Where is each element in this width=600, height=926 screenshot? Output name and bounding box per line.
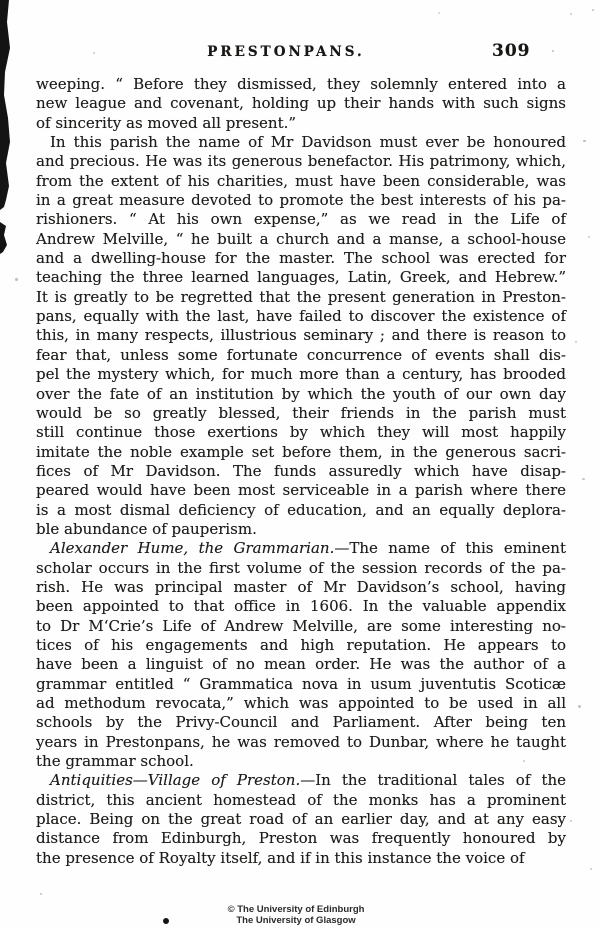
text-line: is a most dismal deficiency of education… — [36, 501, 566, 520]
text-segment: of sincerity as moved all present.” — [36, 114, 296, 132]
text-line: rish. He was principal master of Mr Davi… — [36, 578, 566, 597]
scan-speckle — [592, 9, 594, 11]
text-line: ble abundance of pauperism. — [36, 520, 566, 539]
scan-speckle — [578, 705, 581, 708]
text-segment: fices of Mr Davidson. The funds assuredl… — [36, 462, 566, 480]
text-segment: imitate the noble example set before the… — [36, 443, 566, 461]
text-line: Andrew Melville, “ he built a church and… — [36, 230, 566, 249]
text-line: to Dr M‘Crie’s Life of Andrew Melville, … — [36, 617, 566, 636]
text-segment: ad methodum revocata,” which was appoint… — [36, 694, 566, 712]
text-line: grammar entitled “ Grammatica nova in us… — [36, 675, 566, 694]
scan-speckle — [40, 893, 42, 895]
text-segment: have been a linguist of no mean order. H… — [36, 655, 566, 673]
text-segment: new league and covenant, holding up thei… — [36, 94, 566, 112]
text-line: fear that, unless some fortunate concurr… — [36, 346, 566, 365]
text-segment: ble abundance of pauperism. — [36, 520, 257, 538]
text-segment: rishioners. “ At his own expense,” as we… — [36, 210, 566, 228]
text-segment: tices of his engagements and high reputa… — [36, 636, 566, 654]
text-segment: grammar entitled “ Grammatica nova in us… — [36, 675, 566, 693]
text-segment: schools by the Privy-Council and Parliam… — [36, 713, 566, 731]
text-segment: over the fate of an institution by which… — [36, 385, 566, 403]
text-line: have been a linguist of no mean order. H… — [36, 655, 566, 674]
text-segment: Andrew Melville, “ he built a church and… — [36, 230, 566, 248]
watermark-line-edinburgh: © The University of Edinburgh — [0, 904, 592, 915]
italic-section-lead: Antiquities—Village of Preston.— — [50, 771, 315, 789]
text-segment: scholar occurs in the first volume of th… — [36, 559, 566, 577]
scan-binding-artifact — [0, 0, 14, 260]
text-segment: district, this ancient homestead of the … — [36, 791, 566, 809]
text-line: weeping. “ Before they dismissed, they s… — [36, 75, 566, 94]
text-segment: to Dr M‘Crie’s Life of Andrew Melville, … — [36, 617, 566, 635]
scan-speckle — [583, 140, 586, 142]
text-segment: distance from Edinburgh, Preston was fre… — [36, 829, 566, 847]
scan-speckle — [570, 820, 572, 822]
text-line: years in Prestonpans, he was removed to … — [36, 733, 566, 752]
text-segment: weeping. “ Before they dismissed, they s… — [36, 75, 566, 93]
text-line: and a dwelling-house for the master. The… — [36, 249, 566, 268]
text-segment: the grammar school. — [36, 752, 194, 770]
text-line: the grammar school. — [36, 752, 566, 771]
text-line: rishioners. “ At his own expense,” as we… — [36, 210, 566, 229]
text-line: schools by the Privy-Council and Parliam… — [36, 713, 566, 732]
text-line: imitate the noble example set before the… — [36, 443, 566, 462]
text-segment: and a dwelling-house for the master. The… — [36, 249, 566, 267]
text-line: teaching the three learned languages, La… — [36, 268, 566, 287]
text-line: been appointed to that office in 1606. I… — [36, 597, 566, 616]
text-line: in a great measure devoted to promote th… — [36, 191, 566, 210]
text-segment: years in Prestonpans, he was removed to … — [36, 733, 566, 751]
text-line: Alexander Hume, the Grammarian.—The name… — [36, 539, 566, 558]
text-line: the presence of Royalty itself, and if i… — [36, 849, 566, 868]
text-line: district, this ancient homestead of the … — [36, 791, 566, 810]
text-line: fices of Mr Davidson. The funds assuredl… — [36, 462, 566, 481]
text-segment: fear that, unless some fortunate concurr… — [36, 346, 566, 364]
text-line: of sincerity as moved all present.” — [36, 114, 566, 133]
scan-speckle — [588, 236, 590, 238]
body-text: weeping. “ Before they dismissed, they s… — [36, 75, 566, 868]
text-segment: teaching the three learned languages, La… — [36, 268, 566, 286]
text-line: tices of his engagements and high reputa… — [36, 636, 566, 655]
text-line: distance from Edinburgh, Preston was fre… — [36, 829, 566, 848]
text-line: pans, equally with the last, have failed… — [36, 307, 566, 326]
text-segment: from the extent of his charities, must h… — [36, 172, 566, 190]
text-line: pel the mystery which, for much more tha… — [36, 365, 566, 384]
text-segment: It is greatly to be regretted that the p… — [36, 288, 566, 306]
text-segment: would be so greatly blessed, their frien… — [36, 404, 566, 422]
scanned-book-page: PRESTONPANS. 309 weeping. “ Before they … — [0, 0, 600, 926]
text-line: Antiquities—Village of Preston.—In the t… — [36, 771, 566, 790]
text-segment: this, in many respects, illustrious semi… — [36, 326, 566, 344]
text-line: from the extent of his charities, must h… — [36, 172, 566, 191]
text-segment: rish. He was principal master of Mr Davi… — [36, 578, 566, 596]
text-segment: the presence of Royalty itself, and if i… — [36, 849, 525, 867]
text-segment: In this parish the name of Mr Davidson m… — [50, 133, 566, 151]
text-line: this, in many respects, illustrious semi… — [36, 326, 566, 345]
scan-speckle — [438, 12, 440, 14]
text-segment: still continue those exertions by which … — [36, 423, 566, 441]
page-number: 309 — [492, 41, 531, 61]
paragraph: Alexander Hume, the Grammarian.—The name… — [36, 539, 566, 771]
library-watermark: © The University of Edinburgh The Univer… — [0, 904, 592, 926]
scan-speckle — [570, 13, 572, 15]
text-segment: in a great measure devoted to promote th… — [36, 191, 566, 209]
scan-speckle — [590, 868, 592, 870]
paragraph: Antiquities—Village of Preston.—In the t… — [36, 771, 566, 868]
italic-section-lead: Alexander Hume, the Grammarian.— — [50, 539, 349, 557]
text-line: scholar occurs in the first volume of th… — [36, 559, 566, 578]
text-segment: been appointed to that office in 1606. I… — [36, 597, 566, 615]
text-line: new league and covenant, holding up thei… — [36, 94, 566, 113]
text-line: ad methodum revocata,” which was appoint… — [36, 694, 566, 713]
text-segment: is a most dismal deficiency of education… — [36, 501, 566, 519]
text-segment: place. Being on the great road of an ear… — [36, 810, 566, 828]
text-line: still continue those exertions by which … — [36, 423, 566, 442]
text-line: over the fate of an institution by which… — [36, 385, 566, 404]
text-line: It is greatly to be regretted that the p… — [36, 288, 566, 307]
text-segment: pans, equally with the last, have failed… — [36, 307, 566, 325]
text-line: place. Being on the great road of an ear… — [36, 810, 566, 829]
scan-speckle — [575, 341, 577, 343]
text-line: would be so greatly blessed, their frien… — [36, 404, 566, 423]
text-segment: The name of this eminent — [349, 539, 566, 557]
text-segment: pel the mystery which, for much more tha… — [36, 365, 566, 383]
text-line: peared would have been most serviceable … — [36, 481, 566, 500]
paragraph: In this parish the name of Mr Davidson m… — [36, 133, 566, 539]
text-segment: In the traditional tales of the — [315, 771, 566, 789]
scan-speckle — [582, 478, 585, 480]
paragraph: weeping. “ Before they dismissed, they s… — [36, 75, 566, 133]
text-line: and precious. He was its generous benefa… — [36, 152, 566, 171]
running-header-title: PRESTONPANS. — [0, 44, 572, 60]
scan-speckle — [15, 278, 18, 281]
watermark-line-glasgow: The University of Glasgow — [0, 915, 592, 926]
text-line: In this parish the name of Mr Davidson m… — [36, 133, 566, 152]
text-segment: and precious. He was its generous benefa… — [36, 152, 566, 170]
text-segment: peared would have been most serviceable … — [36, 481, 566, 499]
